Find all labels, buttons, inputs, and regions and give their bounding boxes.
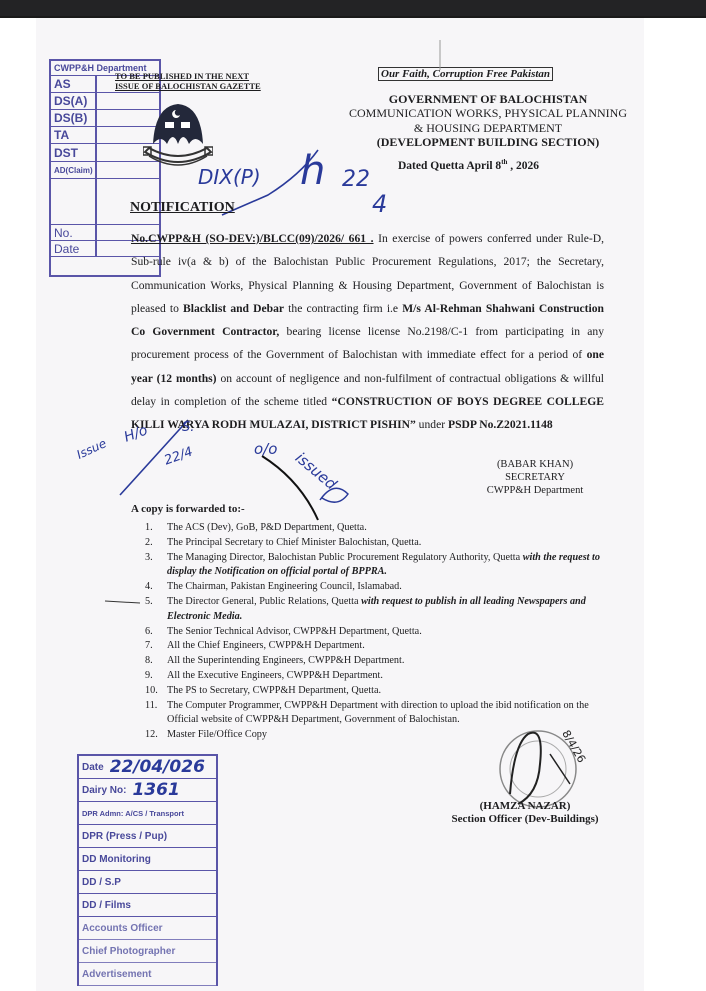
item-text: The PS to Secretary, CWPP&H Department, … [167,685,381,696]
receipt-stamp-row: Advertisement [79,963,216,986]
item-number: 11. [145,699,157,714]
copy-recipient-item: 10.The PS to Secretary, CWPP&H Departmen… [145,684,607,699]
receipt-row-label: DPR (Press / Pup) [82,831,167,842]
receipt-stamp-row: DPR (Press / Pup) [79,825,216,848]
receipt-row-label: Dairy No: [82,785,126,796]
copy-recipient-item: 8.All the Superintending Engineers, CWPP… [145,654,607,669]
copy-recipient-item: 5.The Director General, Public Relations… [145,595,607,625]
section-officer-block: (HAMZA NAZAR) Section Officer (Dev-Build… [440,800,610,826]
item-number: 5. [145,595,153,610]
notification-body: No.CWPP&H (SO-DEV:)/BLCC(09)/2026/ 661 .… [131,227,604,437]
handwritten-s: S. [182,420,194,435]
item-text: The Managing Director, Balochistan Publi… [167,552,523,563]
body-text-2: the contracting firm i.e [284,302,402,315]
receipt-row-label: DD Monitoring [82,854,151,865]
receipt-stamp-row: DD Monitoring [79,848,216,871]
item-text: Master File/Office Copy [167,729,267,740]
item-number: 7. [145,639,153,654]
item-number: 10. [145,684,158,699]
receipt-row-handwriting: 22/04/026 [110,757,205,777]
receipt-row-label: Advertisement [82,969,151,980]
item-text: The Computer Programmer, CWPP&H Departme… [167,700,589,726]
item-text: The Chairman, Pakistan Engineering Counc… [167,581,402,592]
receipt-row-label: DPR Admn: A/CS / Transport [82,809,184,818]
copy-recipient-item: 1.The ACS (Dev), GoB, P&D Department, Qu… [145,521,607,536]
receipt-row-label: Chief Photographer [82,946,175,957]
copy-heading: A copy is forwarded to:- [131,503,245,515]
receipt-stamp-row: Dairy No:1361 [79,779,216,802]
receipt-row-handwriting: 1361 [132,780,179,800]
receipt-row-label: Accounts Officer [82,923,163,934]
secretary-title: SECRETARY [470,471,600,484]
item-text: All the Superintending Engineers, CWPP&H… [167,655,404,666]
copy-recipients-list: 1.The ACS (Dev), GoB, P&D Department, Qu… [145,521,607,743]
receipt-stamp-row: DD / Films [79,894,216,917]
body-text-5: under [416,418,448,431]
receipt-stamp: Date22/04/026Dairy No:1361DPR Admn: A/CS… [77,754,218,986]
receipt-row-label: Date [82,762,104,773]
receipt-stamp-row: DD / S.P [79,871,216,894]
handwritten-oo: o/o [254,440,277,458]
item-text: The Director General, Public Relations, … [167,596,361,607]
copy-recipient-item: 4.The Chairman, Pakistan Engineering Cou… [145,580,607,595]
copy-recipient-item: 3.The Managing Director, Balochistan Pub… [145,551,607,581]
secretary-dept: CWPP&H Department [470,484,600,497]
section-officer-title: Section Officer (Dev-Buildings) [440,813,610,826]
copy-recipient-item: 6.The Senior Technical Advisor, CWPP&H D… [145,625,607,640]
item-number: 12. [145,728,158,743]
item-number: 6. [145,625,153,640]
reference-number: No.CWPP&H (SO-DEV:)/BLCC(09)/2026/ 661 . [131,232,374,245]
notification-title: NOTIFICATION [130,200,235,216]
receipt-row-label: DD / S.P [82,877,121,888]
receipt-stamp-row: Date22/04/026 [79,756,216,779]
item-text: The ACS (Dev), GoB, P&D Department, Quet… [167,522,367,533]
secretary-name: (BABAR KHAN) [470,458,600,471]
item-number: 9. [145,669,153,684]
item-number: 8. [145,654,153,669]
body-bold-1: Blacklist and Debar [183,302,284,315]
item-number: 1. [145,521,153,536]
item-number: 4. [145,580,153,595]
section-officer-name: (HAMZA NAZAR) [440,800,610,813]
secretary-signature-block: (BABAR KHAN) SECRETARY CWPP&H Department [470,458,600,497]
item-text: All the Executive Engineers, CWPP&H Depa… [167,670,383,681]
item-text: The Senior Technical Advisor, CWPP&H Dep… [167,626,422,637]
receipt-stamp-row: Accounts Officer [79,917,216,940]
receipt-row-label: DD / Films [82,900,131,911]
receipt-stamp-row: DPR Admn: A/CS / Transport [79,802,216,825]
copy-recipient-item: 7.All the Chief Engineers, CWPP&H Depart… [145,639,607,654]
item-text: The Principal Secretary to Chief Ministe… [167,537,421,548]
psdp-number: PSDP No.Z2021.1148 [448,418,553,431]
item-number: 3. [145,551,153,566]
item-number: 2. [145,536,153,551]
copy-recipient-item: 2.The Principal Secretary to Chief Minis… [145,536,607,551]
copy-recipient-item: 9.All the Executive Engineers, CWPP&H De… [145,669,607,684]
item-text: All the Chief Engineers, CWPP&H Departme… [167,640,365,651]
receipt-stamp-row: Chief Photographer [79,940,216,963]
